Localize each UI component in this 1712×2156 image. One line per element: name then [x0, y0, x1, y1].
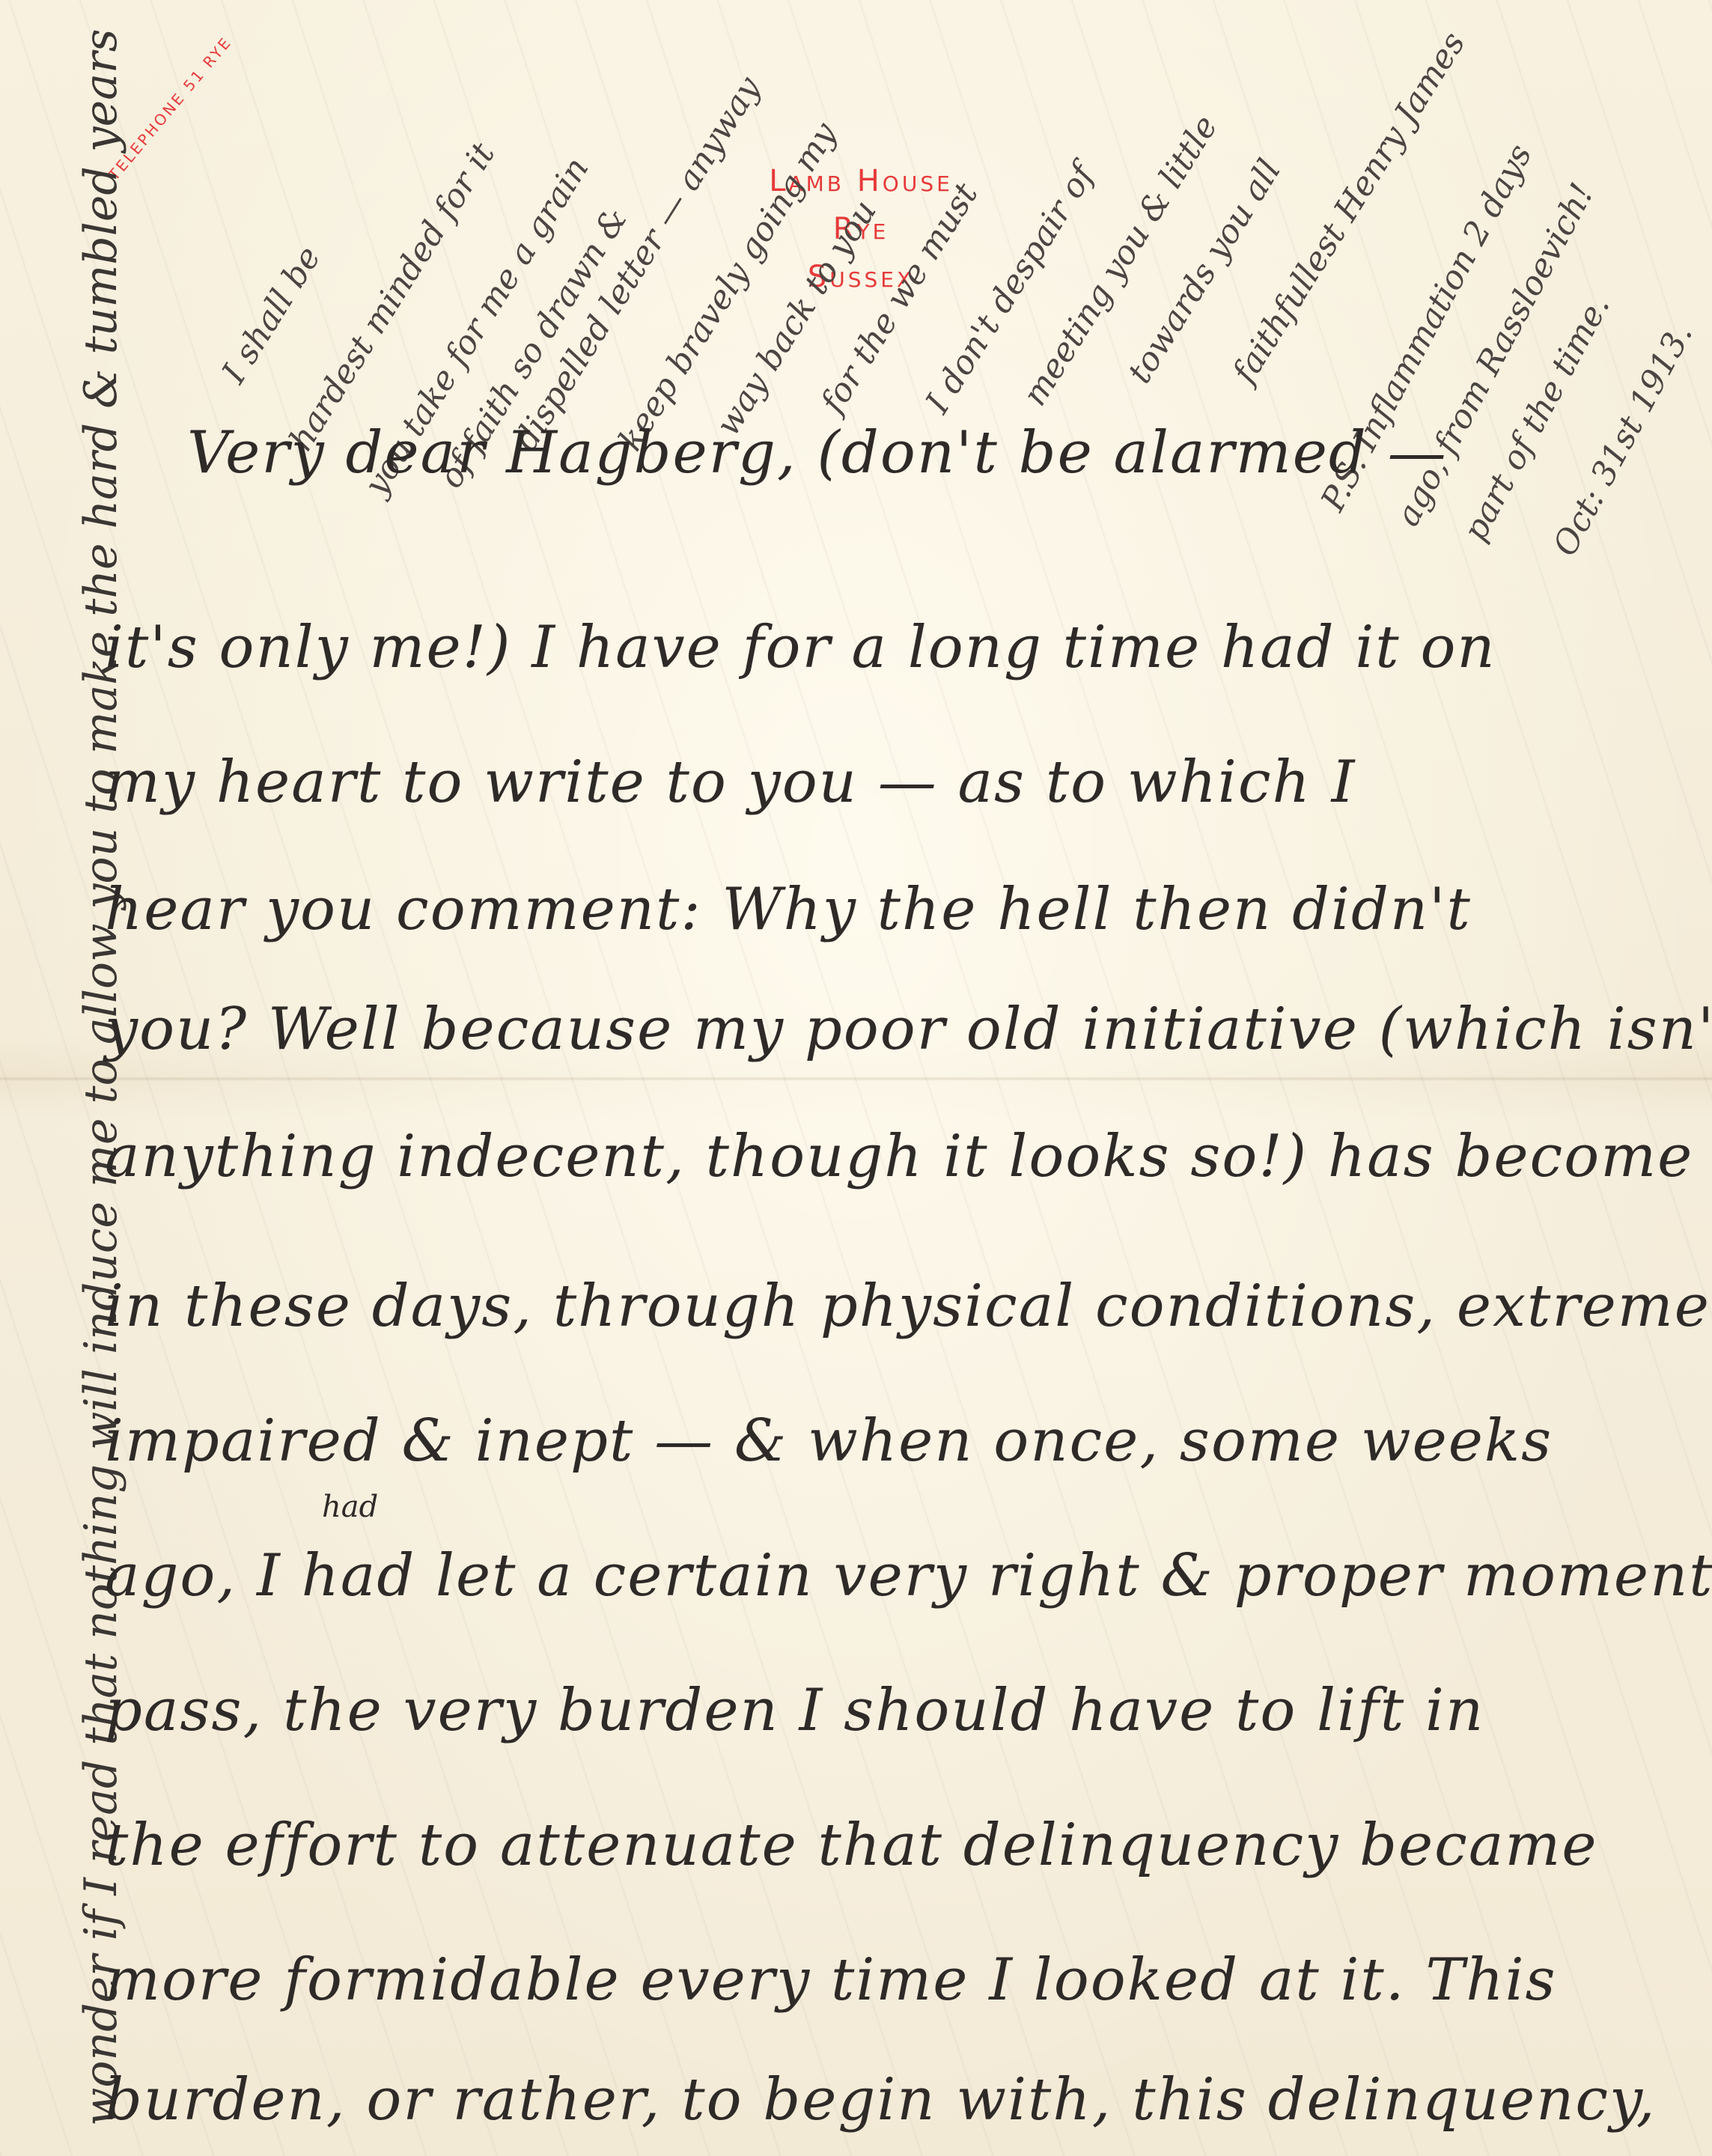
body-line: more formidable every time I looked at i…: [105, 1946, 1557, 2014]
body-line: impaired & inept — & when once, some wee…: [105, 1407, 1553, 1475]
body-line: ago, I had let a certain very right & pr…: [105, 1542, 1712, 1610]
body-line: anything indecent, though it looks so!) …: [105, 1123, 1693, 1190]
body-line: my heart to write to you — as to which I: [105, 749, 1356, 816]
paper-fold-line: [0, 1077, 1712, 1081]
body-line: pass, the very burden I should have to l…: [105, 1677, 1484, 1744]
body-line: in these days, through physical conditio…: [105, 1273, 1712, 1340]
body-line: the effort to attenuate that delinquency…: [105, 1812, 1598, 1879]
letter-salutation: Very dear Hagberg, (don't be alarmed —: [187, 419, 1448, 487]
body-line: hear you comment: Why the hell then didn…: [105, 876, 1472, 943]
body-line: you? Well because my poor old initiative…: [105, 996, 1712, 1063]
body-line: it's only me!) I have for a long time ha…: [105, 614, 1496, 681]
interlinear-insert: had: [322, 1490, 378, 1524]
body-line: burden, or rather, to begin with, this d…: [105, 2066, 1657, 2134]
